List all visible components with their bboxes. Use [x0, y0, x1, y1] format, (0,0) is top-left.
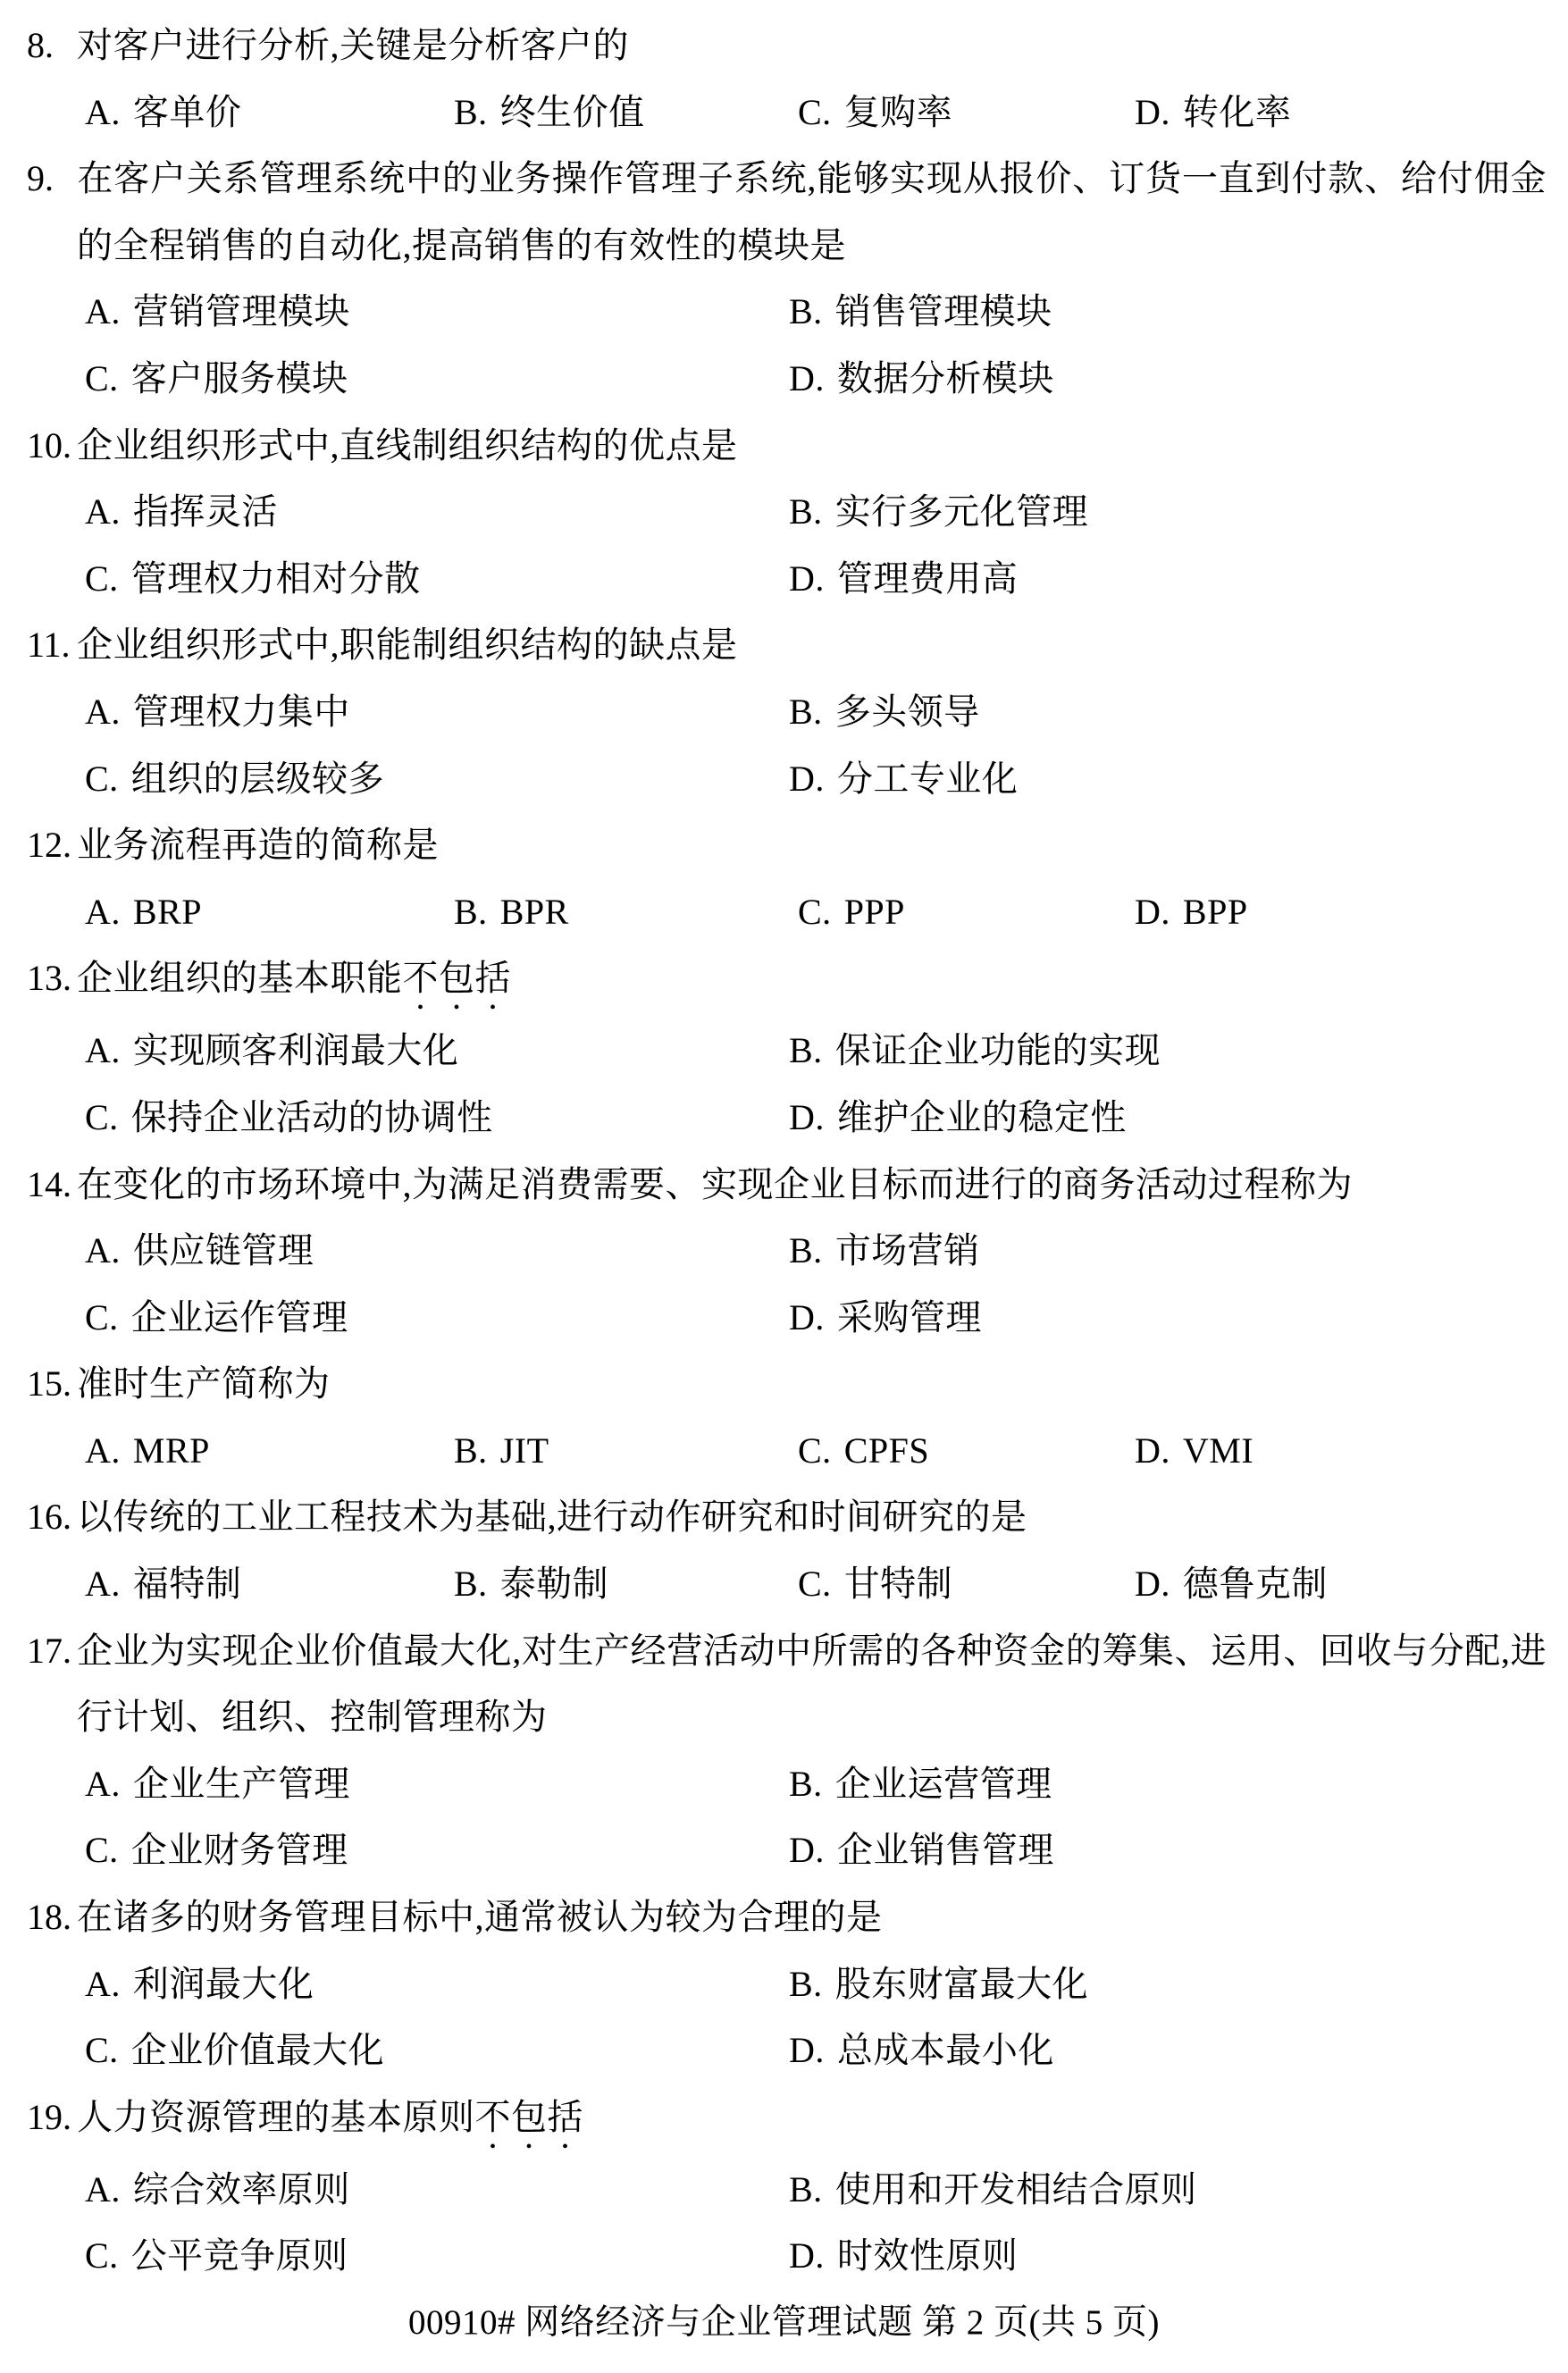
option-11-c: C.组织的层级较多: [85, 746, 384, 813]
option-16-b: B.泰勒制: [454, 1551, 608, 1618]
option-14-d: D.采购管理: [789, 1285, 982, 1352]
option-17-b: B.企业运营管理: [789, 1751, 1052, 1818]
question-13: 13.企业组织的基本职能不包括 A.实现顾客利润最大化 B.保证企业功能的实现 …: [0, 945, 1568, 1151]
question-16-body: 以传统的工业工程技术为基础,进行动作研究和时间研究的是: [77, 1497, 1027, 1537]
question-18-options-row-1: A.利润最大化 B.股东财富最大化: [0, 1951, 1568, 2018]
question-14-options-row-2: C.企业运作管理 D.采购管理: [0, 1285, 1568, 1352]
question-9: 9.在客户关系管理系统中的业务操作管理子系统,能够实现从报价、订货一直到付款、给…: [0, 146, 1568, 412]
question-16-options: A.福特制 B.泰勒制 C.甘特制 D.德鲁克制: [0, 1551, 1568, 1618]
question-16-text: 16.以传统的工业工程技术为基础,进行动作研究和时间研究的是: [0, 1484, 1568, 1551]
option-19-d: D.时效性原则: [789, 2223, 1018, 2290]
question-18: 18.在诸多的财务管理目标中,通常被认为较为合理的是 A.利润最大化 B.股东财…: [0, 1884, 1568, 2084]
option-17-c: C.企业财务管理: [85, 1817, 348, 1884]
question-15-text: 15.准时生产简称为: [0, 1351, 1568, 1418]
question-8-text: 8.对客户进行分析,关键是分析客户的: [0, 13, 1568, 80]
question-15: 15.准时生产简称为 A.MRP B.JIT C.CPFS D.VMI: [0, 1351, 1568, 1484]
question-15-body: 准时生产简称为: [77, 1363, 331, 1404]
option-18-d: D.总成本最小化: [789, 2017, 1054, 2084]
option-19-c: C.公平竞争原则: [85, 2223, 348, 2290]
question-8: 8.对客户进行分析,关键是分析客户的 A.客单价 B.终生价值 C.复购率 D.…: [0, 13, 1568, 146]
question-10-options-row-2: C.管理权力相对分散 D.管理费用高: [0, 546, 1568, 613]
option-8-a: A.客单价: [85, 80, 241, 147]
question-15-options: A.MRP B.JIT C.CPFS D.VMI: [0, 1418, 1568, 1485]
question-19-emphasized-text: 不包括: [475, 2097, 584, 2137]
option-12-d: D.BPP: [1135, 879, 1248, 946]
question-11-options-row-2: C.组织的层级较多 D.分工专业化: [0, 746, 1568, 813]
question-9-options-row-1: A.营销管理模块 B.销售管理模块: [0, 279, 1568, 346]
question-14-text: 14.在变化的市场环境中,为满足消费需要、实现企业目标而进行的商务活动过程称为: [0, 1152, 1568, 1219]
question-11: 11.企业组织形式中,职能制组织结构的缺点是 A.管理权力集中 B.多头领导 C…: [0, 612, 1568, 812]
question-13-emphasized-text: 不包括: [403, 958, 512, 998]
option-13-a: A.实现顾客利润最大化: [85, 1018, 458, 1085]
question-18-options-row-2: C.企业价值最大化 D.总成本最小化: [0, 2017, 1568, 2084]
option-11-b: B.多头领导: [789, 679, 980, 746]
question-19: 19.人力资源管理的基本原则不包括 A.综合效率原则 B.使用和开发相结合原则 …: [0, 2084, 1568, 2290]
option-16-a: A.福特制: [85, 1551, 241, 1618]
question-19-options-row-1: A.综合效率原则 B.使用和开发相结合原则: [0, 2157, 1568, 2224]
page-footer: 00910# 网络经济与企业管理试题 第 2 页(共 5 页): [0, 2290, 1568, 2357]
question-10: 10.企业组织形式中,直线制组织结构的优点是 A.指挥灵活 B.实行多元化管理 …: [0, 413, 1568, 613]
question-17-body: 企业为实现企业价值最大化,对生产经营活动中所需的各种资金的筹集、运用、回收与分配…: [77, 1631, 1547, 1738]
question-19-number: 19.: [27, 2084, 77, 2151]
question-8-number: 8.: [27, 13, 77, 80]
option-17-d: D.企业销售管理: [789, 1817, 1054, 1884]
question-13-options-row-1: A.实现顾客利润最大化 B.保证企业功能的实现: [0, 1018, 1568, 1085]
question-15-number: 15.: [27, 1351, 77, 1418]
question-18-text: 18.在诸多的财务管理目标中,通常被认为较为合理的是: [0, 1884, 1568, 1951]
option-9-c: C.客户服务模块: [85, 346, 348, 413]
option-8-b: B.终生价值: [454, 80, 645, 147]
option-18-c: C.企业价值最大化: [85, 2017, 384, 2084]
option-18-a: A.利润最大化: [85, 1951, 314, 2018]
question-9-number: 9.: [27, 146, 77, 213]
exam-page: 8.对客户进行分析,关键是分析客户的 A.客单价 B.终生价值 C.复购率 D.…: [0, 0, 1568, 2373]
option-13-b: B.保证企业功能的实现: [789, 1018, 1161, 1085]
question-9-options-row-2: C.客户服务模块 D.数据分析模块: [0, 346, 1568, 413]
question-12: 12.业务流程再造的简称是 A.BRP B.BPR C.PPP D.BPP: [0, 812, 1568, 945]
question-18-number: 18.: [27, 1884, 77, 1951]
question-14: 14.在变化的市场环境中,为满足消费需要、实现企业目标而进行的商务活动过程称为 …: [0, 1152, 1568, 1352]
question-11-number: 11.: [27, 612, 77, 679]
question-13-body: 企业组织的基本职能: [77, 958, 403, 998]
question-17-options-row-1: A.企业生产管理 B.企业运营管理: [0, 1751, 1568, 1818]
question-8-body: 对客户进行分析,关键是分析客户的: [77, 25, 629, 65]
question-17-number: 17.: [27, 1618, 77, 1685]
option-9-b: B.销售管理模块: [789, 279, 1052, 346]
option-12-c: C.PPP: [798, 879, 905, 946]
option-12-a: A.BRP: [85, 879, 202, 946]
question-8-options: A.客单价 B.终生价值 C.复购率 D.转化率: [0, 80, 1568, 147]
question-10-text: 10.企业组织形式中,直线制组织结构的优点是: [0, 413, 1568, 480]
option-10-a: A.指挥灵活: [85, 479, 278, 546]
option-14-b: B.市场营销: [789, 1218, 980, 1285]
option-10-b: B.实行多元化管理: [789, 479, 1088, 546]
question-11-body: 企业组织形式中,职能制组织结构的缺点是: [77, 625, 738, 665]
question-14-body: 在变化的市场环境中,为满足消费需要、实现企业目标而进行的商务活动过程称为: [77, 1164, 1353, 1204]
question-14-options-row-1: A.供应链管理 B.市场营销: [0, 1218, 1568, 1285]
option-11-d: D.分工专业化: [789, 746, 1018, 813]
question-12-text: 12.业务流程再造的简称是: [0, 812, 1568, 879]
option-10-c: C.管理权力相对分散: [85, 546, 421, 613]
question-13-text: 13.企业组织的基本职能不包括: [0, 945, 1568, 1018]
question-12-options: A.BRP B.BPR C.PPP D.BPP: [0, 879, 1568, 946]
question-11-text: 11.企业组织形式中,职能制组织结构的缺点是: [0, 612, 1568, 679]
question-16-number: 16.: [27, 1484, 77, 1551]
option-9-a: A.营销管理模块: [85, 279, 350, 346]
question-16: 16.以传统的工业工程技术为基础,进行动作研究和时间研究的是 A.福特制 B.泰…: [0, 1484, 1568, 1617]
option-15-c: C.CPFS: [798, 1418, 929, 1485]
option-19-b: B.使用和开发相结合原则: [789, 2157, 1197, 2224]
question-19-options-row-2: C.公平竞争原则 D.时效性原则: [0, 2223, 1568, 2290]
option-15-b: B.JIT: [454, 1418, 549, 1485]
question-10-number: 10.: [27, 413, 77, 480]
question-11-options-row-1: A.管理权力集中 B.多头领导: [0, 679, 1568, 746]
option-14-a: A.供应链管理: [85, 1218, 314, 1285]
question-19-text: 19.人力资源管理的基本原则不包括: [0, 2084, 1568, 2157]
question-9-body: 在客户关系管理系统中的业务操作管理子系统,能够实现从报价、订货一直到付款、给付佣…: [77, 158, 1547, 265]
option-15-a: A.MRP: [85, 1418, 210, 1485]
option-16-d: D.德鲁克制: [1135, 1551, 1328, 1618]
question-10-options-row-1: A.指挥灵活 B.实行多元化管理: [0, 479, 1568, 546]
option-13-c: C.保持企业活动的协调性: [85, 1085, 493, 1152]
question-9-text: 9.在客户关系管理系统中的业务操作管理子系统,能够实现从报价、订货一直到付款、给…: [0, 146, 1568, 279]
question-17-text: 17.企业为实现企业价值最大化,对生产经营活动中所需的各种资金的筹集、运用、回收…: [0, 1618, 1568, 1751]
option-19-a: A.综合效率原则: [85, 2157, 350, 2224]
option-10-d: D.管理费用高: [789, 546, 1018, 613]
question-13-options-row-2: C.保持企业活动的协调性 D.维护企业的稳定性: [0, 1085, 1568, 1152]
option-18-b: B.股东财富最大化: [789, 1951, 1088, 2018]
question-14-number: 14.: [27, 1152, 77, 1219]
question-12-body: 业务流程再造的简称是: [77, 825, 439, 865]
question-17-options-row-2: C.企业财务管理 D.企业销售管理: [0, 1817, 1568, 1884]
option-8-d: D.转化率: [1135, 80, 1291, 147]
option-11-a: A.管理权力集中: [85, 679, 350, 746]
option-9-d: D.数据分析模块: [789, 346, 1054, 413]
option-17-a: A.企业生产管理: [85, 1751, 350, 1818]
question-13-number: 13.: [27, 945, 77, 1012]
option-15-d: D.VMI: [1135, 1418, 1254, 1485]
option-13-d: D.维护企业的稳定性: [789, 1085, 1127, 1152]
option-8-c: C.复购率: [798, 80, 952, 147]
question-12-number: 12.: [27, 812, 77, 879]
option-14-c: C.企业运作管理: [85, 1285, 348, 1352]
question-10-body: 企业组织形式中,直线制组织结构的优点是: [77, 425, 738, 465]
option-12-b: B.BPR: [454, 879, 569, 946]
question-17: 17.企业为实现企业价值最大化,对生产经营活动中所需的各种资金的筹集、运用、回收…: [0, 1618, 1568, 1884]
option-16-c: C.甘特制: [798, 1551, 952, 1618]
question-18-body: 在诸多的财务管理目标中,通常被认为较为合理的是: [77, 1897, 883, 1937]
question-19-body: 人力资源管理的基本原则: [77, 2097, 475, 2137]
